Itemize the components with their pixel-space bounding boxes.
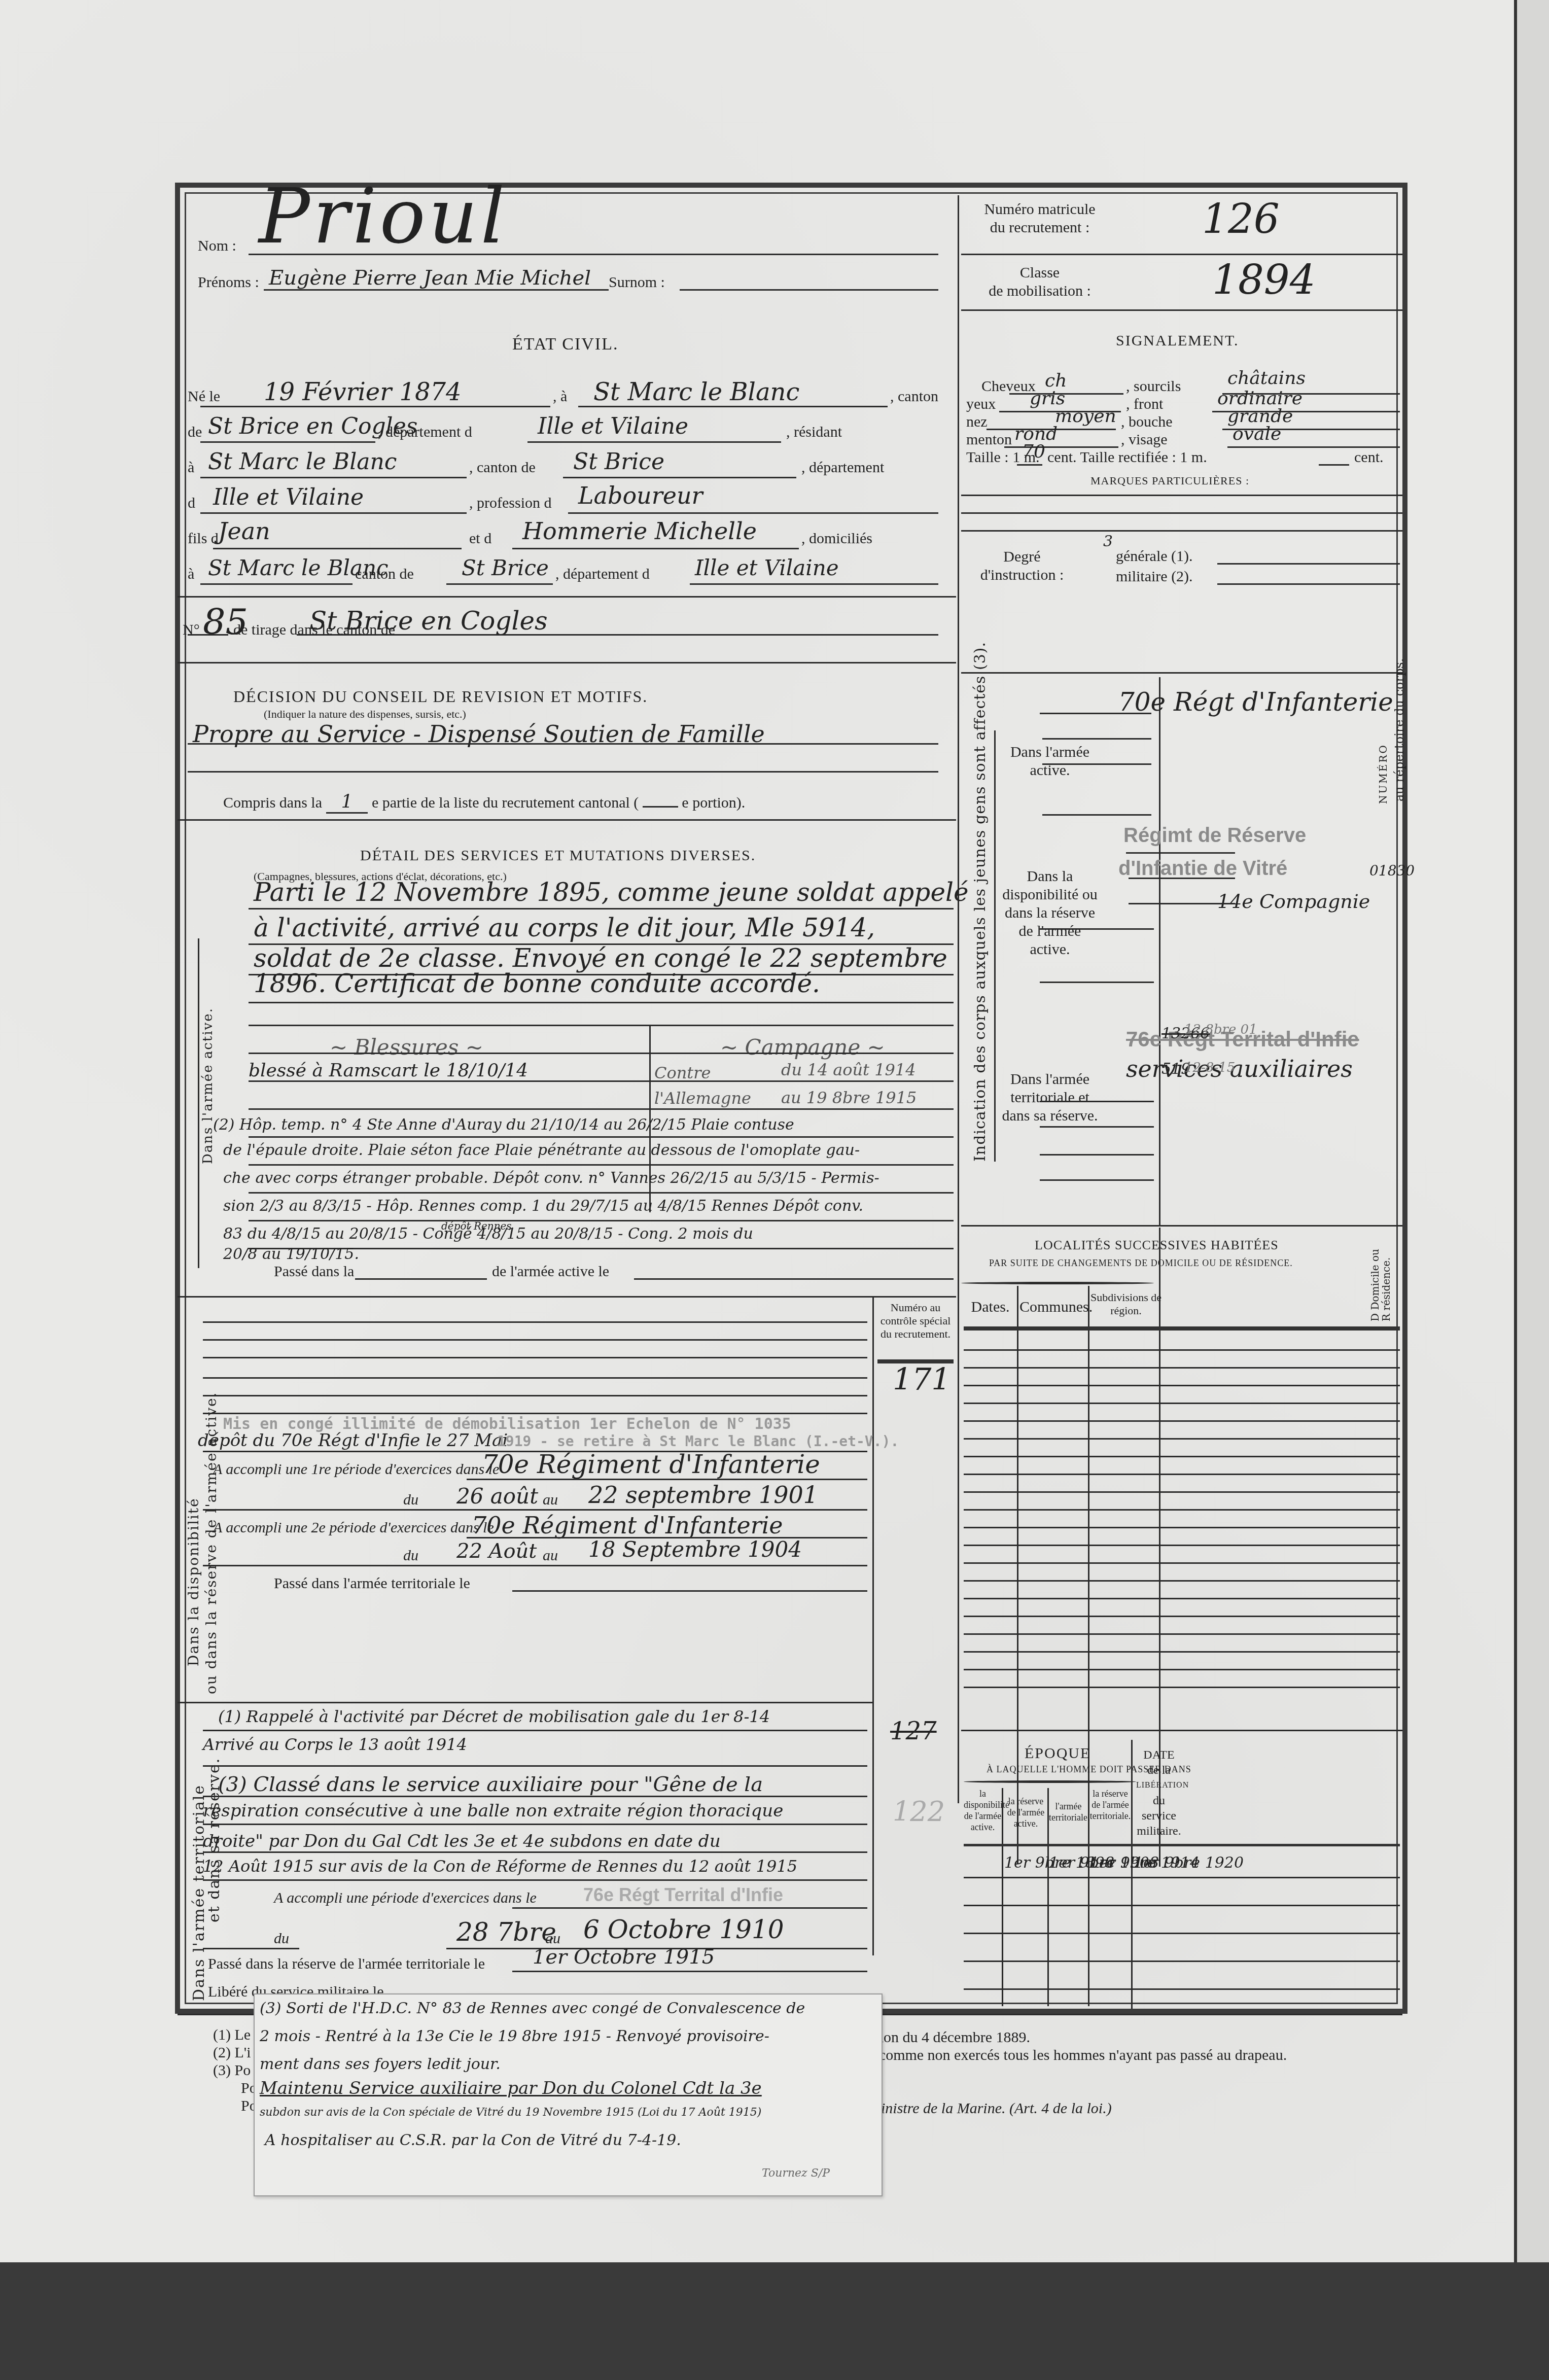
- birth-departement: Ille et Vilaine: [538, 413, 688, 439]
- territoriale-stamp: 76e Régt Territal d'Infie: [583, 1884, 783, 1906]
- fils-label: fils d: [188, 530, 219, 547]
- section-divider: [178, 596, 956, 598]
- col-header-territoriale: l'armée territoriale.: [1049, 1801, 1088, 1823]
- portion-field: [643, 806, 678, 808]
- dispo-side-label-1: Dans la disponibilité: [185, 1497, 202, 1666]
- territoriale-du-label: du: [274, 1930, 289, 1947]
- residence-canton: St Brice: [573, 449, 664, 475]
- liberation-value: 1er 9bre 1920: [1134, 1854, 1244, 1872]
- tirage-canton-underline: [297, 634, 938, 636]
- dispo-stamp-1: Régimt de Réserve: [1123, 824, 1306, 847]
- epoque-title: ÉPOQUE: [1025, 1745, 1090, 1762]
- periode1-label: A accompli une 1re période d'exercices d…: [213, 1461, 499, 1478]
- tirage-no-label: N°: [183, 621, 200, 639]
- ne-le-label: Né le: [188, 388, 220, 405]
- front-label: , front: [1126, 396, 1163, 413]
- domicile-canton-underline: [446, 583, 553, 585]
- col-header-reserve-territoriale: la réserve de l'armée territoriale.: [1089, 1788, 1131, 1822]
- dom-a-label: à: [188, 566, 194, 583]
- classe-value: 1894: [1212, 256, 1316, 303]
- territoriale-periode-label: A accompli une période d'exercices dans …: [274, 1889, 537, 1907]
- services-bracket: [198, 938, 199, 1268]
- periode2-du-label: du: [403, 1547, 418, 1564]
- campagne-header: ~ Campagne ~: [720, 1035, 885, 1060]
- domicile-underline: [200, 583, 353, 585]
- periode1-du-label: du: [403, 1491, 418, 1509]
- territoriale-au-label: au: [545, 1930, 560, 1947]
- visage-label: , visage: [1121, 431, 1168, 448]
- periode2-du: 22 Août: [456, 1539, 537, 1563]
- domicile-canton: St Brice: [462, 555, 549, 580]
- blessures-header: ~ Blessures ~: [330, 1035, 483, 1060]
- matricule-divider: [961, 254, 1402, 255]
- domicile-departement: Ille et Vilaine: [695, 555, 839, 580]
- section-divider: [178, 819, 956, 821]
- book-binding: [1514, 0, 1549, 2380]
- periode2-au: 18 Septembre 1904: [588, 1537, 802, 1562]
- corps-active-label: Dans l'armée active.: [1002, 743, 1098, 780]
- generale-value: 3: [1103, 533, 1113, 550]
- menton-underline: [1004, 446, 1118, 448]
- nez-value: moyen: [1055, 406, 1116, 427]
- residence-canton-underline: [563, 477, 796, 478]
- generale-label: générale (1).: [1116, 548, 1193, 565]
- col-header-domicile: D Domicile ou R résidence.: [1369, 1240, 1392, 1321]
- campagne-du: du 14 août 1914: [781, 1060, 916, 1079]
- blessure-value: blessé à Ramscart le 18/10/14: [249, 1060, 528, 1081]
- brace-icon: [961, 1282, 1154, 1284]
- corps-number-divider: [1159, 677, 1160, 1225]
- brace-icon: [964, 1780, 1136, 1783]
- numero-sublabel: au répertoire du corps.: [1392, 658, 1406, 801]
- profession-underline: [568, 512, 938, 514]
- profession-label: , profession d: [469, 495, 551, 512]
- birth-place-underline: [578, 406, 888, 407]
- col-header-communes: Communes.: [1019, 1299, 1090, 1316]
- prenoms-label: Prénoms :: [198, 274, 259, 291]
- birth-place-label: , à: [553, 388, 567, 405]
- section-divider: [178, 662, 956, 663]
- section-divider: [178, 1296, 956, 1298]
- birth-date-underline: [200, 406, 550, 407]
- residence-departement-underline: [200, 512, 467, 514]
- nez-label: nez: [966, 413, 988, 431]
- taille-value: 70: [1022, 441, 1045, 462]
- numero-controle-value: 171: [893, 1362, 951, 1397]
- signature: Tournez S/P: [762, 2167, 830, 2180]
- register-page: Nom : Prioul Prénoms : Eugène Pierre Jea…: [0, 0, 1514, 2262]
- decision-underline: [188, 743, 938, 745]
- dom-canton-label: canton de: [355, 566, 414, 583]
- degre-label: Degré d'instruction :: [974, 548, 1070, 584]
- birth-canton-underline: [200, 441, 375, 443]
- tirage-canton-value: St Brice en Cogles: [309, 606, 548, 636]
- nom-underline: [249, 254, 938, 255]
- profession-value: Laboureur: [578, 482, 703, 509]
- bouche-label: , bouche: [1121, 413, 1173, 431]
- cent-label: cent.: [1354, 449, 1383, 466]
- militaire-underline: [1217, 583, 1400, 585]
- taille-rectifiee-field: [1319, 464, 1349, 466]
- residant-label: , résidant: [786, 424, 842, 441]
- liberation-header: DATE de la LIBÉRATION du service militai…: [1136, 1747, 1182, 1839]
- col-header-disponibilite: la disponibilité de l'armée active.: [964, 1788, 1002, 1833]
- tirage-no-underline: [188, 634, 228, 636]
- territoriale-periode-au: 6 Octobre 1910: [583, 1915, 784, 1944]
- matricule-label: Numéro matricule du recrutement :: [964, 200, 1116, 237]
- decision-underline-2: [188, 771, 938, 773]
- numero-controle-header: Numéro au contrôle spécial du recrutemen…: [875, 1301, 956, 1341]
- militaire-label: militaire (2).: [1116, 568, 1193, 585]
- marques-title: MARQUES PARTICULIÈRES :: [1090, 474, 1249, 487]
- depot-value: dépôt du 70e Régt d'Infie le 27 Mai: [198, 1430, 508, 1451]
- localites-title: LOCALITÉS SUCCESSIVES HABITÉES: [1035, 1238, 1279, 1253]
- father-underline: [213, 548, 462, 549]
- residence-canton-label: , canton de: [469, 459, 536, 476]
- section-divider: [961, 1225, 1402, 1227]
- territoriale-numero-2: 122: [893, 1796, 945, 1828]
- matricule-value: 126: [1202, 195, 1280, 242]
- corps-dispo-label: Dans la disponibilité ou dans la réserve…: [1002, 867, 1098, 959]
- visage-value: ovale: [1233, 424, 1281, 444]
- territoriale-numero-1: 127: [890, 1717, 937, 1745]
- corps-territoriale-label: Dans l'armée territoriale et dans sa rés…: [1002, 1070, 1098, 1125]
- corps-dispo-value: 14e Compagnie: [1217, 890, 1370, 913]
- residence-departement: Ille et Vilaine: [213, 484, 364, 510]
- corps-bracket: [994, 730, 996, 1162]
- yeux-label: yeux: [966, 396, 996, 413]
- background-surface: [0, 2262, 1549, 2380]
- passe-territoriale-label: Passé dans l'armée territoriale le: [274, 1575, 470, 1592]
- canton-de-label: de: [188, 424, 202, 441]
- domicile-dept-underline: [690, 583, 938, 585]
- col-header-subdivisions: Subdivisions de région.: [1090, 1291, 1161, 1317]
- surnom-label: Surnom :: [609, 274, 665, 291]
- corps-territoriale-value: services auxiliaires: [1126, 1055, 1353, 1082]
- prenoms-value: Eugène Pierre Jean Mie Michel: [269, 266, 591, 290]
- col-header-reserve-active: la réserve de l'armée active.: [1004, 1796, 1047, 1829]
- residence-departement-label: , département: [801, 459, 884, 476]
- periode1-du: 26 août: [456, 1484, 538, 1509]
- taille-underline: [1017, 464, 1042, 466]
- periode1-au: 22 septembre 1901: [588, 1481, 818, 1509]
- domicilies-label: , domiciliés: [801, 530, 872, 547]
- nom-label: Nom :: [198, 237, 236, 255]
- marques-line-1: [961, 495, 1402, 496]
- demob-stamp-line-2: 1919 - se retire à St Marc le Blanc (I.-…: [497, 1433, 899, 1450]
- passe-reserve-label: Passé dans la réserve de l'armée territo…: [208, 1955, 485, 1973]
- departement-label: , département d: [378, 424, 472, 441]
- sourcils-label: , sourcils: [1126, 378, 1181, 395]
- decision-title: DÉCISION DU CONSEIL DE REVISION ET MOTIF…: [233, 687, 648, 706]
- d-label: d: [188, 495, 195, 512]
- col-header-dates: Dates.: [961, 1299, 1019, 1316]
- services-title: DÉTAIL DES SERVICES ET MUTATIONS DIVERSE…: [360, 847, 756, 864]
- canton-label: , canton: [890, 388, 938, 405]
- classe-label: Classe de mobilisation :: [964, 264, 1116, 300]
- visage-underline: [1227, 446, 1400, 448]
- menton-label: menton: [966, 431, 1012, 448]
- margin-note-2: 12-8-15: [1184, 1060, 1235, 1075]
- column-divider: [958, 195, 959, 1803]
- mother-name: Hommerie Michelle: [522, 517, 757, 545]
- father-name: Jean: [218, 517, 270, 545]
- passe-active-label: Passé dans la: [274, 1263, 354, 1280]
- prenoms-underline: [264, 289, 609, 291]
- margin-note-1: 12 8bre 01: [1184, 1022, 1257, 1037]
- numero-label: NUMÉRO: [1377, 744, 1389, 804]
- nom-value: Prioul: [259, 172, 508, 261]
- pasted-note: (3) Sorti de l'H.D.C. N° 83 de Rennes av…: [254, 1993, 883, 2196]
- section-divider: [961, 672, 1402, 674]
- residence-underline: [200, 477, 467, 478]
- cheveux-label: Cheveux: [981, 378, 1036, 395]
- classe-divider: [961, 309, 1402, 311]
- periode2-au-label: au: [543, 1547, 558, 1564]
- compris-label: Compris dans la 1 e partie de la liste d…: [223, 791, 745, 812]
- periode2-label: A accompli une 2e période d'exercices da…: [213, 1519, 494, 1536]
- numero-column-divider: [872, 1296, 874, 1707]
- corps-dispo-numero: 01830: [1369, 862, 1415, 879]
- compris-value: 1: [326, 791, 368, 814]
- periode1-unit: 70e Régiment d'Infanterie: [482, 1448, 867, 1481]
- passe-reserve-value: 1er Octobre 1915: [533, 1945, 715, 1969]
- services-side-label: Dans l'armée active.: [200, 1007, 216, 1164]
- residant-a-label: à: [188, 459, 194, 476]
- marques-line-3: [961, 530, 1402, 532]
- section-divider: [178, 1702, 872, 1703]
- corps-vertical-label: Indication des corps auxquels les jeunes…: [971, 642, 989, 1162]
- taille-rectifiee-label: cent. Taille rectifiée : 1 m.: [1047, 449, 1207, 466]
- signalement-title: SIGNALEMENT.: [1116, 332, 1239, 349]
- passe-active-label-2: de l'armée active le: [492, 1263, 609, 1280]
- generale-underline: [1217, 563, 1400, 565]
- birth-place: St Marc le Blanc: [593, 378, 799, 406]
- marques-line-2: [961, 512, 1402, 514]
- surnom-underline: [680, 289, 938, 291]
- territoriale-periode-du: 28 7bre: [456, 1917, 556, 1947]
- et-de-label: et d: [469, 530, 491, 547]
- sourcils-value: châtains: [1227, 368, 1306, 389]
- campagne-contre: Contre l'Allemagne: [654, 1060, 756, 1111]
- mother-underline: [512, 548, 799, 549]
- dispo-stamp-2: d'Infantie de Vitré: [1118, 857, 1287, 880]
- section-divider: [961, 1730, 1402, 1731]
- birth-departement-underline: [527, 441, 781, 443]
- dom-dept-label: , département d: [555, 566, 650, 583]
- etat-civil-title: ÉTAT CIVIL.: [512, 335, 618, 354]
- residence-place: St Marc le Blanc: [208, 449, 397, 475]
- localites-subtitle: PAR SUITE DE CHANGEMENTS DE DOMICILE OU …: [989, 1258, 1293, 1269]
- corps-active-value: 70e Régt d'Infanterie: [1118, 687, 1393, 717]
- periode1-au-label: au: [543, 1491, 558, 1509]
- cheveux-underline: [1009, 393, 1123, 395]
- birth-date: 19 Février 1874: [264, 378, 462, 406]
- decision-subtitle: (Indiquer la nature des dispenses, sursi…: [264, 708, 466, 721]
- campagne-au: au 19 8bre 1915: [781, 1088, 917, 1107]
